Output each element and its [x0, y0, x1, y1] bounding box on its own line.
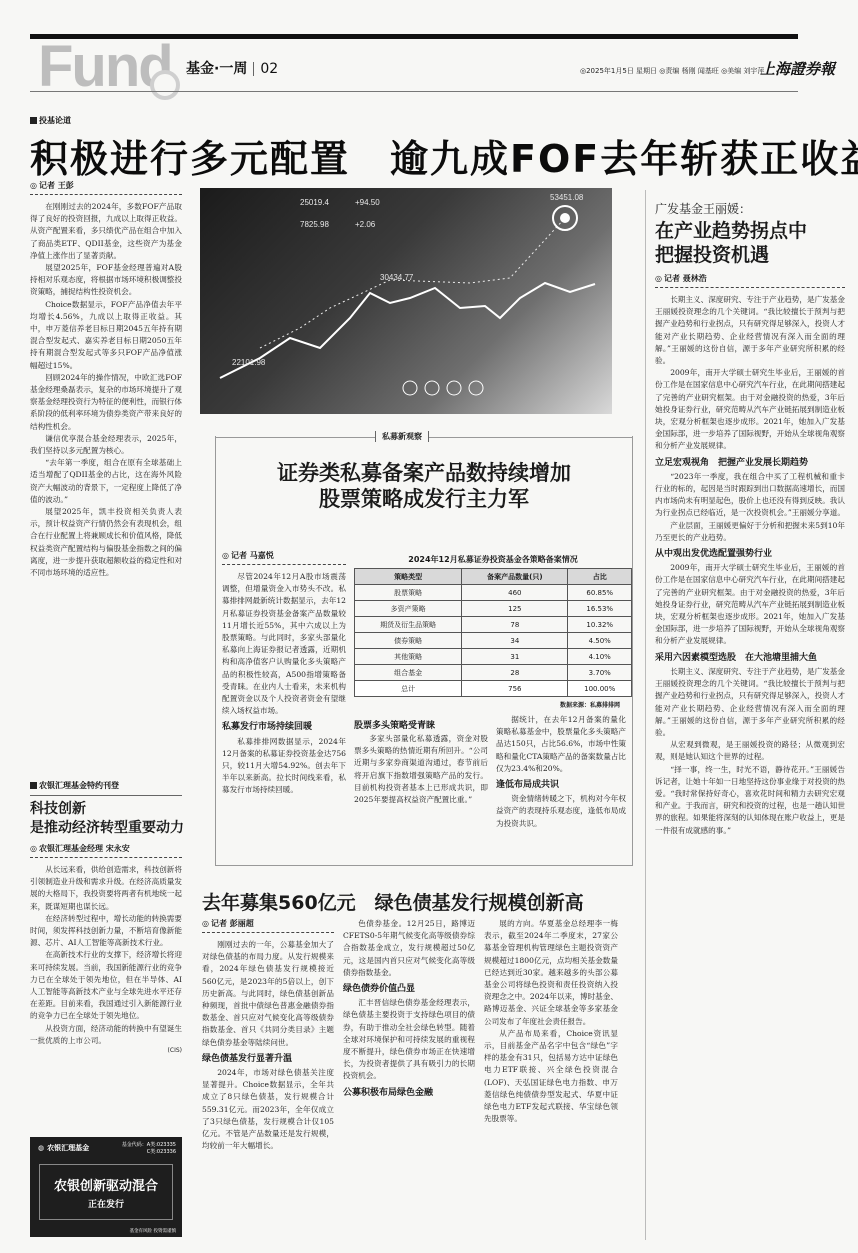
cell: 16.53% — [568, 601, 632, 617]
lead-headline: 积极进行多元配置 逾九成FOF去年斩获正收益 — [30, 128, 858, 183]
interview-byline: 记者 聂林浩 — [655, 273, 845, 288]
column-header: 备案产品数量(只) — [462, 569, 568, 585]
cell: 125 — [462, 601, 568, 617]
speech-bubble-icon — [150, 70, 180, 100]
interview-headline: 在产业趋势拐点中 把握投资机遇 — [655, 219, 845, 267]
chart-line-graphic — [200, 188, 612, 414]
divider — [253, 62, 254, 76]
pe-body: 尽管2024年12月A股市场震荡调整，但增量资金入市势头不改。私募排排网最新统计… — [222, 571, 346, 797]
paragraph: 回顾2024年的操作情况，中欧汇选FOF基金经理桑磊表示，复杂的市场环境提升了观… — [30, 372, 182, 433]
table-row: 期货及衍生品策略7810.32% — [355, 617, 632, 633]
cell: 股票策略 — [355, 585, 462, 601]
green-body-2: 色债券基金。12月25日，路博迈CFETS0-5年期气候变化高等级债券综合指数基… — [343, 918, 475, 1099]
paragraph: Choice数据显示，FOF产品净值去年平均增长4.56%，九成以上取得正收益。… — [30, 299, 182, 372]
subhead: 绿色债基发行显著升温 — [202, 1053, 334, 1065]
cell: 总计 — [355, 681, 462, 697]
headline-line: 是推动经济转型重要动力 — [30, 819, 184, 838]
headline-line: 科技创新 — [30, 800, 184, 819]
ad-fund-codes: 基金代码：A类:023335 C类:023336 — [122, 1142, 176, 1156]
green-body-1: 刚刚过去的一年，公募基金加大了对绿色债基的布局力度。从发行规模来看，2024年绿… — [202, 939, 334, 1152]
interview-column: 广发基金王丽媛： 在产业趋势拐点中 把握投资机遇 记者 聂林浩 长期主义、深度研… — [655, 200, 845, 837]
pe-body-3: 据统计，在去年12月备案的量化策略私募基金中，股票量化多头策略产品达150只，占… — [496, 714, 626, 830]
pe-column-3: 据统计，在去年12月备案的量化策略私募基金中，股票量化多头策略产品达150只，占… — [496, 714, 626, 830]
cell: 60.85% — [568, 585, 632, 601]
cell: 78 — [462, 617, 568, 633]
lead-byline: 记者 王彭 — [30, 180, 182, 195]
cell: 756 — [462, 681, 568, 697]
cell: 460 — [462, 585, 568, 601]
divider — [30, 795, 182, 796]
subhead: 私募发行市场持续回暖 — [222, 721, 346, 733]
cell: 10.32% — [568, 617, 632, 633]
table-row: 其他策略314.10% — [355, 649, 632, 665]
ad-brand: 农银汇理基金 — [38, 1143, 89, 1153]
cell: 28 — [462, 665, 568, 681]
ad-status: 正在发行 — [30, 1197, 182, 1210]
photo-number: 22101.98 — [232, 358, 265, 367]
paragraph: 色债券基金。12月25日，路博迈CFETS0-5年期气候变化高等级债券综合指数基… — [343, 918, 475, 979]
paragraph: 产业层面，王丽媛更偏好于分析和把握未来5到10年乃至更长的产业趋势。 — [655, 520, 845, 544]
subhead: 从中观出发优选配置强势行业 — [655, 548, 845, 560]
paragraph: 从投资方面，经济动能的转换中有望诞生一批优质的上市公司。 — [30, 1023, 182, 1047]
ad-product-name: 农银创新驱动混合 — [30, 1175, 182, 1194]
subhead: 绿色债券价值凸显 — [343, 983, 475, 995]
pe-body-2: 多家头部量化私募透露，资金对股票多头策略的热情近期有所回升。“公司近期与多家券商… — [354, 733, 488, 806]
table-title: 2024年12月私募证券投资基金各策略备案情况 — [354, 554, 632, 565]
paragraph: 长期主义、深度研究、专注于产业趋势，是广发基金王丽媛投资理念的几个关键词。“我比… — [655, 294, 845, 367]
cell: 其他策略 — [355, 649, 462, 665]
pe-byline: 记者 马嘉悦 — [222, 550, 346, 565]
pe-headline: 证券类私募备案产品数持续增加 股票策略成发行主力军 — [215, 460, 633, 512]
source-tag: (CIS) — [30, 1047, 182, 1054]
paragraph: “去年第一季度，组合在原有全球基础上适当增配了QDII基金的占比，这在海外风险资… — [30, 457, 182, 506]
tech-column: 农银汇理基金经理 宋永安 从长远来看，供给创造需求，科技创新将引领制造业升级和需… — [30, 843, 182, 1054]
dateline: ◎2025年1月5日 星期日 ◎责编 杨刚 闻基旺 ◎美编 刘宇萍 — [580, 66, 764, 76]
column-header: 策略类型 — [355, 569, 462, 585]
photo-number: +94.50 — [355, 198, 380, 207]
table-source: 数据来源：私募排排网 — [560, 700, 620, 709]
photo-number: 25019.4 — [300, 198, 329, 207]
cell: 多资产策略 — [355, 601, 462, 617]
paragraph: “2023年一季度，我在组合中买了工程机械和重卡行业的标的，起因是当时跟踪到出口… — [655, 471, 845, 520]
paragraph: 私募排排网数据显示，2024年12月备案的私募证券投资基金达756只，较11月大… — [222, 736, 346, 797]
interview-body: 长期主义、深度研究、专注于产业趋势，是广发基金王丽媛投资理念的几个关键词。“我比… — [655, 294, 845, 837]
paragraph: 展的方向。华夏基金总经理李一梅表示，截至2024年二季度末，27家公募基金管理机… — [484, 918, 618, 1028]
sponsor-kicker: 农银汇理基金特约刊登 — [30, 780, 119, 791]
photo-number: 7825.98 — [300, 220, 329, 229]
subhead: 立足宏观视角 把握产业发展长期趋势 — [655, 457, 845, 469]
paragraph: 据统计，在去年12月备案的量化策略私募基金中，股票量化多头策略产品达150只，占… — [496, 714, 626, 775]
cell: 3.70% — [568, 665, 632, 681]
cell: 4.50% — [568, 633, 632, 649]
table-row: 股票策略46060.85% — [355, 585, 632, 601]
paragraph: 尽管2024年12月A股市场震荡调整，但增量资金入市势头不改。私募排排网最新统计… — [222, 571, 346, 717]
table-row: 组合基金283.70% — [355, 665, 632, 681]
green-headline: 去年募集560亿元 绿色债基发行规模创新高 — [202, 888, 584, 915]
paragraph: 在刚刚过去的2024年，多数FOF产品取得了良好的投资回报，九成以上取得正收益。… — [30, 201, 182, 262]
headline-line: 股票策略成发行主力军 — [215, 486, 633, 512]
paragraph: 2024年，市场对绿色债基关注度显著提升。Choice数据显示，全年共成立了8只… — [202, 1067, 334, 1152]
cell: 31 — [462, 649, 568, 665]
paragraph: 长期主义、深度研究、专注于产业趋势，是广发基金王丽媛投资理念的几个关键词。“我比… — [655, 666, 845, 739]
paragraph: 刚刚过去的一年，公募基金加大了对绿色债基的布局力度。从发行规模来看，2024年绿… — [202, 939, 334, 1049]
cell: 组合基金 — [355, 665, 462, 681]
subhead: 股票多头策略受青睐 — [354, 718, 488, 731]
newspaper-page: Fund 基金·一周02 ◎2025年1月5日 星期日 ◎责编 杨刚 闻基旺 ◎… — [0, 0, 858, 1253]
headline-line: 把握投资机遇 — [655, 243, 845, 267]
paragraph: 展望2025年，FOF基金经理普遍对A股持相对乐观态度，将根据市场环境积极调整投… — [30, 262, 182, 299]
tech-body: 从长远来看，供给创造需求，科技创新将引领制造业升级和需求升级。在经济高质量发展的… — [30, 864, 182, 1047]
cell: 债券策略 — [355, 633, 462, 649]
section-name: 基金·一周 — [186, 61, 247, 77]
newspaper-logo: 上海證券報 — [760, 58, 835, 79]
paragraph: 汇丰晋信绿色债券基金经理表示，绿色债基主要投资于支持绿色项目的债券，有助于推动全… — [343, 997, 475, 1082]
cell: 4.10% — [568, 649, 632, 665]
stock-chart-photo: 25019.4 +94.50 7825.98 +2.06 30434.77 53… — [200, 188, 612, 414]
paragraph: 多家头部量化私募透露，资金对股票多头策略的热情近期有所回升。“公司近期与多家券商… — [354, 733, 488, 806]
fund-advertisement[interactable]: 农银汇理基金 基金代码：A类:023335 C类:023336 农银创新驱动混合… — [30, 1137, 182, 1237]
column-header: 占比 — [568, 569, 632, 585]
table-row: 债券策略344.50% — [355, 633, 632, 649]
strategy-table: 策略类型 备案产品数量(只) 占比 股票策略46060.85% 多资产策略125… — [354, 568, 632, 697]
interview-pretitle: 广发基金王丽媛： — [655, 200, 845, 217]
lead-body: 在刚刚过去的2024年，多数FOF产品取得了良好的投资回报，九成以上取得正收益。… — [30, 201, 182, 579]
paragraph: 从宏观到微观，是王丽媛投资的路径；从微观到宏观，则是她认知这个世界的过程。 — [655, 739, 845, 763]
table-header-row: 策略类型 备案产品数量(只) 占比 — [355, 569, 632, 585]
table-row: 多资产策略12516.53% — [355, 601, 632, 617]
cell: 34 — [462, 633, 568, 649]
photo-number: 30434.77 — [380, 273, 413, 282]
green-byline: 记者 彭丽超 — [202, 918, 334, 933]
tech-headline: 科技创新 是推动经济转型重要动力 — [30, 800, 184, 838]
fund-code: 基金代码：A类:023335 — [122, 1142, 176, 1149]
paragraph: 资金情绪转暖之下，机构对今年权益资产的表现持乐观态度，逢低布局成为投资共识。 — [496, 793, 626, 830]
paragraph: 在高新技术行业的支撑下，经济增长将迎来可持续发展。当前，我国新能源行业的竞争力已… — [30, 949, 182, 1022]
paragraph: 2009年，南开大学硕士研究生毕业后，王丽媛的首份工作是在国家信息中心研究汽车行… — [655, 562, 845, 647]
paragraph: 谦信优享混合基金经理表示，2025年，我们坚持以多元配置为核心。 — [30, 433, 182, 457]
photo-number: 53451.08 — [550, 193, 583, 202]
photo-number: +2.06 — [355, 220, 375, 229]
fund-code: C类:023336 — [122, 1149, 176, 1156]
lead-kicker: 投基论道 — [30, 115, 71, 126]
subhead: 采用六因素模型选股 在大池塘里捕大鱼 — [655, 652, 845, 664]
green-column-2: 色债券基金。12月25日，路博迈CFETS0-5年期气候变化高等级债券综合指数基… — [343, 918, 475, 1101]
cell: 期货及衍生品策略 — [355, 617, 462, 633]
paragraph: 从产品布局来看，Choice资讯显示，目前基金产品名字中包含“绿色”字样的基金有… — [484, 1028, 618, 1126]
pe-column-1: 记者 马嘉悦 尽管2024年12月A股市场震荡调整，但增量资金入市势头不改。私募… — [222, 550, 346, 797]
cell: 100.00% — [568, 681, 632, 697]
paragraph: “择一事，终一生，时光不语，静待花开。”王丽媛告诉记者，让她十年如一日地坚持这份… — [655, 764, 845, 837]
paragraph: 2009年，南开大学硕士研究生毕业后，王丽媛的首份工作是在国家信息中心研究汽车行… — [655, 367, 845, 452]
tech-byline: 农银汇理基金经理 宋永安 — [30, 843, 182, 858]
ad-disclaimer: 基金有风险 投资需谨慎 — [130, 1228, 176, 1234]
table-total-row: 总计756100.00% — [355, 681, 632, 697]
page-number: 02 — [260, 61, 278, 77]
green-body-3: 展的方向。华夏基金总经理李一梅表示，截至2024年二季度末，27家公募基金管理机… — [484, 918, 618, 1125]
paragraph: 在经济转型过程中，增长动能的转换需要时间，须发挥科技创新力量，不断培育像新能源、… — [30, 913, 182, 950]
masthead-bottom-rule — [30, 91, 798, 92]
pe-column-2: 股票多头策略受青睐 多家头部量化私募透露，资金对股票多头策略的热情近期有所回升。… — [354, 714, 488, 806]
section-title: 基金·一周02 — [186, 58, 278, 78]
paragraph: 展望2025年，凯丰投资相关负责人表示，预计权益资产行情仍然会有表现机会，组合在… — [30, 506, 182, 579]
green-column-1: 记者 彭丽超 刚刚过去的一年，公募基金加大了对绿色债基的布局力度。从发行规模来看… — [202, 918, 334, 1152]
column-rule — [645, 190, 646, 1240]
subhead: 逢低布局成共识 — [496, 779, 626, 791]
pe-kicker: 私募新观察 — [375, 431, 429, 442]
paragraph: 从长远来看，供给创造需求，科技创新将引领制造业升级和需求升级。在经济高质量发展的… — [30, 864, 182, 913]
headline-line: 证券类私募备案产品数持续增加 — [215, 460, 633, 486]
lead-story-column: 记者 王彭 在刚刚过去的2024年，多数FOF产品取得了良好的投资回报，九成以上… — [30, 180, 182, 579]
subhead: 公募积极布局绿色金融 — [343, 1087, 475, 1099]
headline-line: 在产业趋势拐点中 — [655, 219, 845, 243]
green-column-3: 展的方向。华夏基金总经理李一梅表示，截至2024年二季度末，27家公募基金管理机… — [484, 918, 618, 1125]
